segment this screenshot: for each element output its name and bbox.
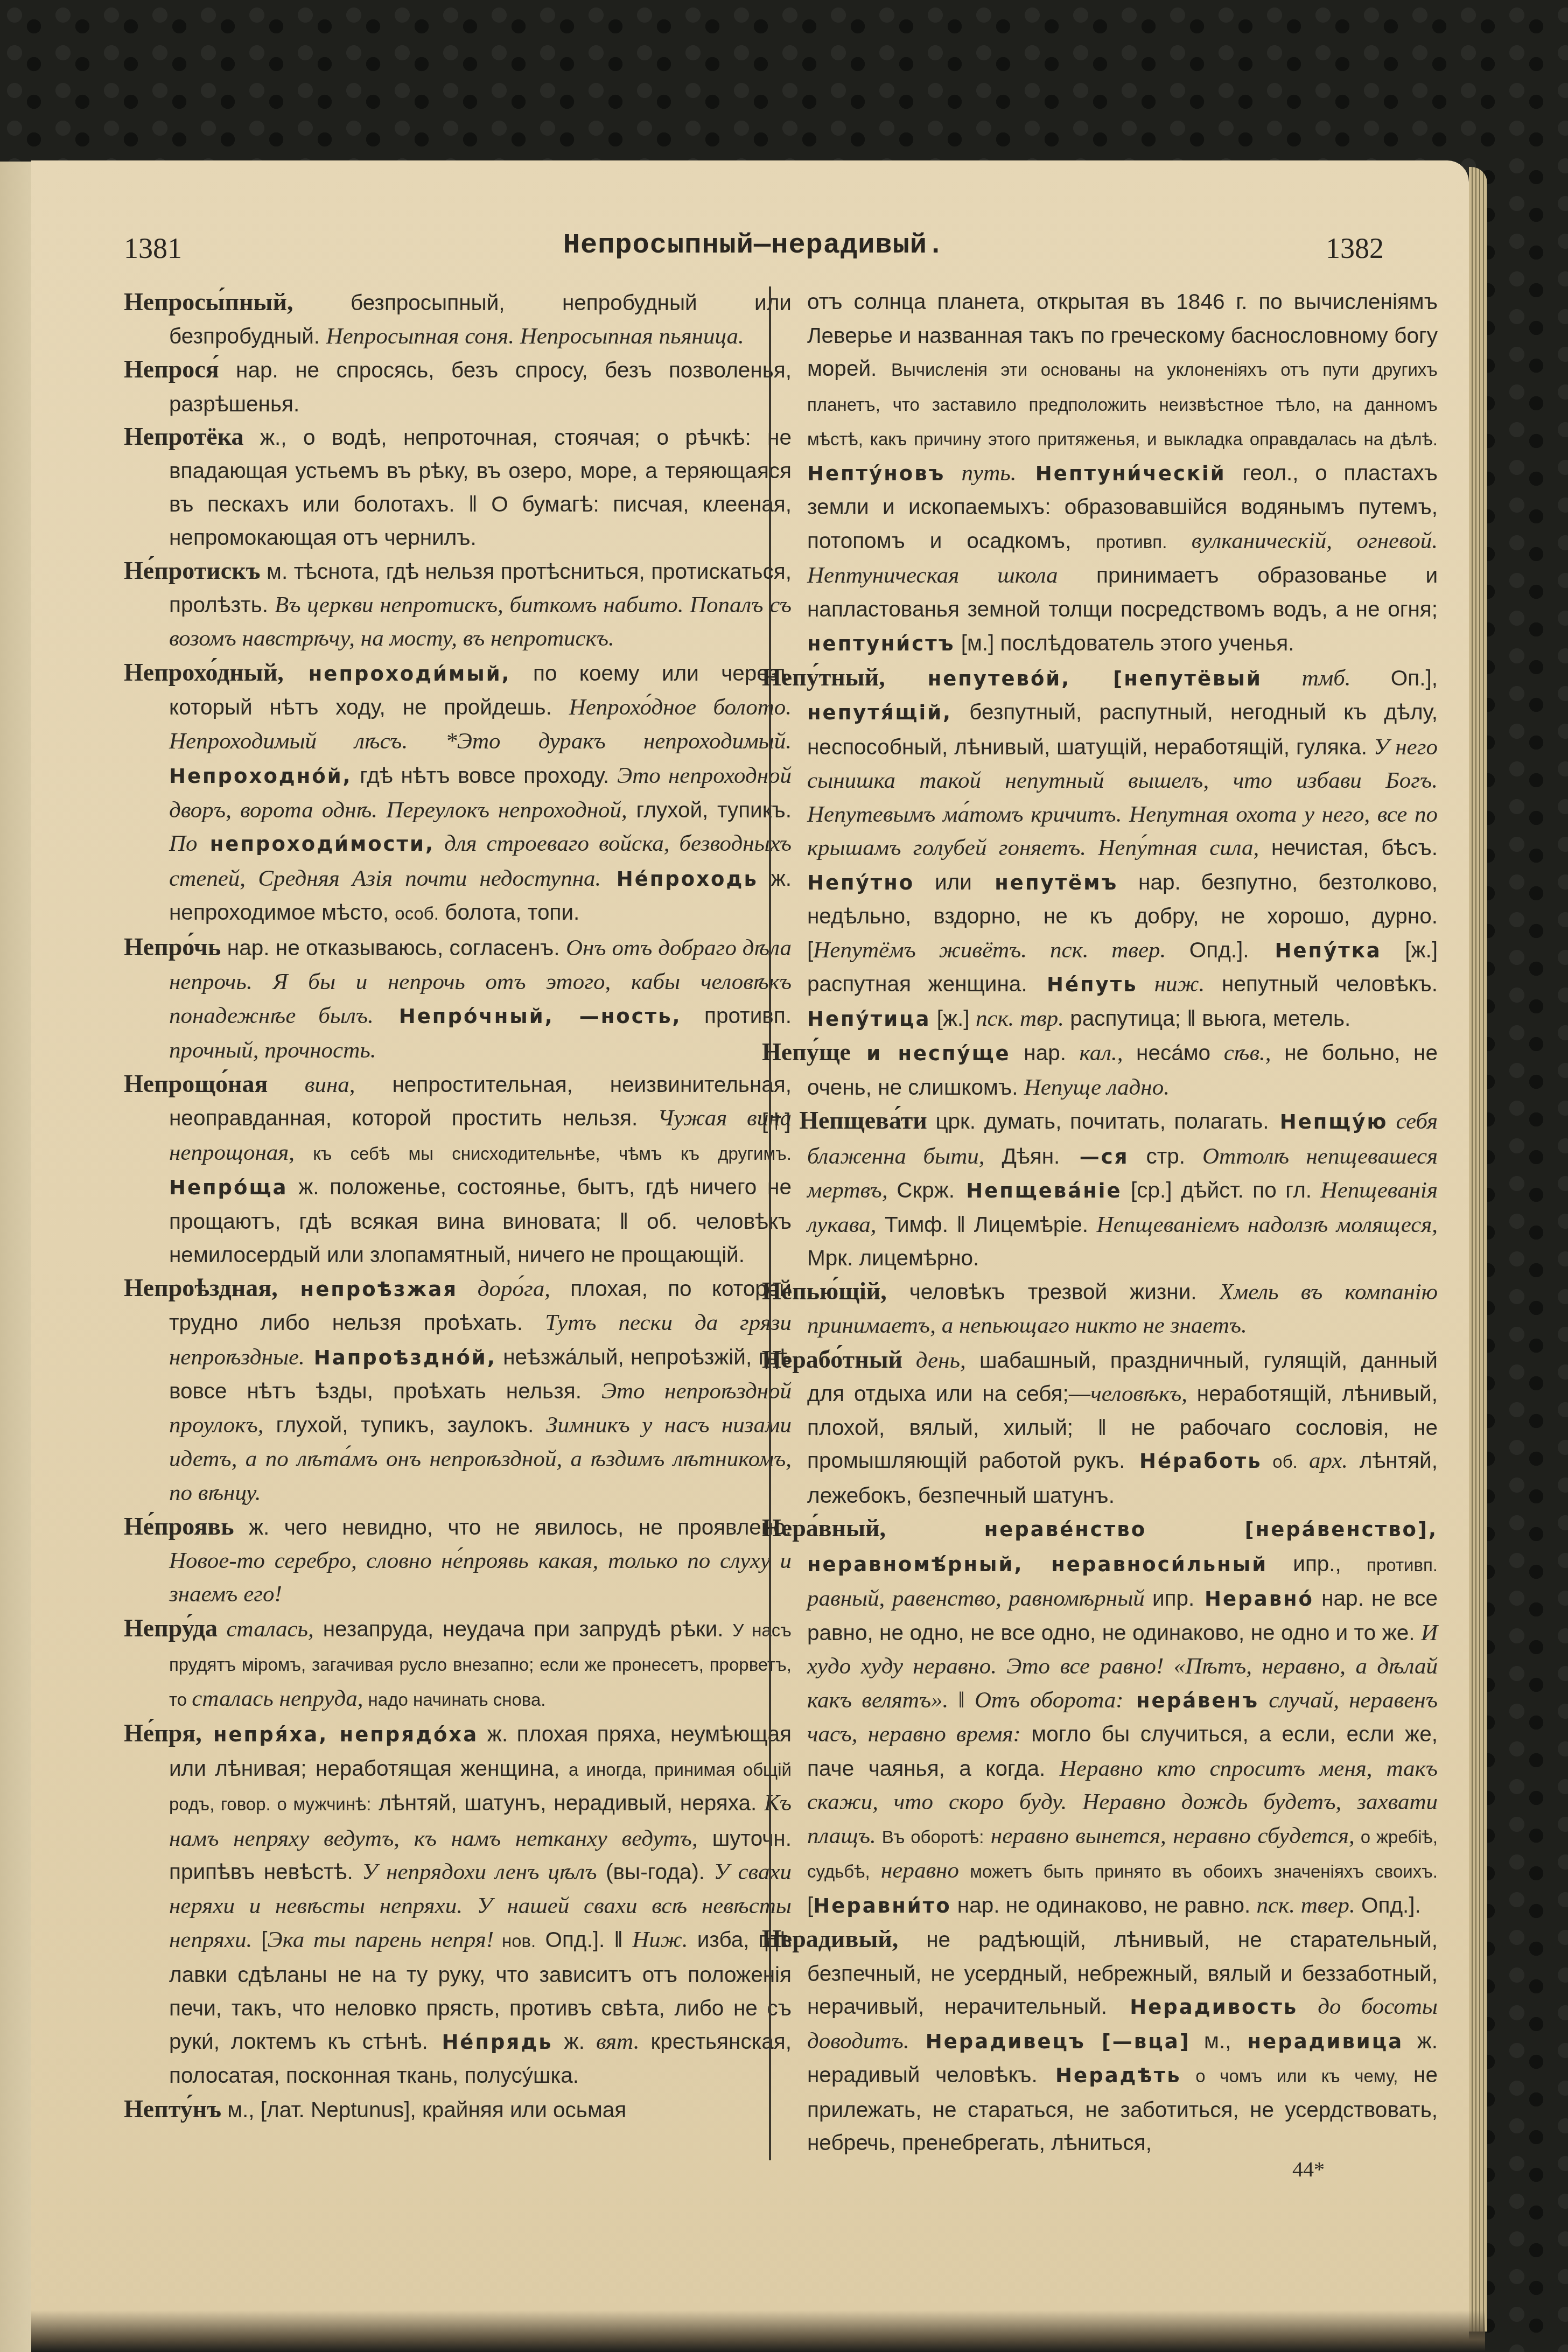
- definition-text: нар.: [1011, 1041, 1080, 1065]
- dictionary-entry-neptun: Непту́нъ м., [лат. Neptunus], крайняя ил…: [124, 2092, 792, 2126]
- dictionary-entry-nepyushchii: Непью́щій, человѣкъ трезвой жизни. Хмель…: [762, 1275, 1438, 1342]
- definition-text: [: [807, 1893, 813, 1917]
- definition-text: Непроходно́й,: [169, 765, 352, 788]
- dictionary-entry-nepushche: Непу́ще и неспу́ще нар. кал., неса́мо сѣ…: [762, 1036, 1438, 1104]
- previous-page-edge: [0, 162, 33, 2352]
- definition-text: противп.: [1367, 1555, 1438, 1574]
- definition-text: Непщу́ю: [1269, 1111, 1388, 1133]
- headword: Непу́тный,: [762, 663, 885, 690]
- example-text: человѣкъ,: [1090, 1381, 1187, 1406]
- example-text: Эка ты парень непря!: [268, 1927, 494, 1952]
- dictionary-entry-neproch: Непро́чь нар. не отказываюсь, согласенъ.…: [124, 930, 792, 1067]
- dictionary-entry-neprya: Не́пря, непря́ха, непрядо́ха ж. плохая п…: [124, 1717, 792, 2092]
- dictionary-entry-neravnyi: Нера́вный, нераве́нство [нера́венство], …: [762, 1512, 1438, 1923]
- definition-text: болота, топи.: [439, 900, 579, 925]
- example-text: прочный, прочность.: [169, 1038, 376, 1063]
- definition-text: ж., о водѣ, непроточная, стоячая; о рѣчк…: [169, 425, 792, 549]
- definition-text: Мрк. лицемѣрно.: [807, 1246, 979, 1270]
- example-text: сталась,: [218, 1616, 314, 1642]
- definition-text: [м.] послѣдователь этого ученья.: [955, 631, 1294, 655]
- headword: Нера́вный,: [762, 1515, 886, 1542]
- definition-text: Вычисленія эти основаны на уклоненіяхъ о…: [807, 360, 1438, 449]
- definition-text: непроѣзжая: [278, 1278, 458, 1301]
- definition-text: или: [914, 870, 972, 894]
- dictionary-entry-neptun_cont: отъ солнца планета, открытая въ 1846 г. …: [762, 285, 1438, 661]
- definition-text: надо начинать снова.: [363, 1690, 545, 1710]
- definition-text: Непу́тка: [1249, 939, 1382, 962]
- definition-text: Дѣян.: [985, 1144, 1060, 1168]
- example-text: Новое-то серебро, словно не́проявь какая…: [169, 1548, 792, 1607]
- definition-text: м., [лат. Neptunus], крайняя или осьмая: [221, 2097, 626, 2122]
- definition-text: непутя́щій,: [807, 702, 952, 724]
- definition-text: нера́венъ: [1124, 1689, 1259, 1712]
- example-text: сталась непруда,: [192, 1686, 363, 1711]
- definition-text: Неравни́то: [813, 1894, 951, 1917]
- example-text: ниж.: [1138, 971, 1205, 996]
- definition-text: гдѣ нѣтъ вовсе проходу.: [352, 763, 617, 788]
- definition-text: Нерадивецъ [—вца]: [909, 2030, 1191, 2053]
- example-text: Непросыпная соня. Непросыпная пьяница.: [326, 324, 744, 349]
- right-page-number: 1382: [1326, 232, 1384, 265]
- example-text: У непрядохи ленъ цѣлъ: [362, 1859, 597, 1885]
- definition-text: Непу́тица: [807, 1007, 931, 1030]
- definition-text: нар. не одинаково, не равно.: [951, 1893, 1257, 1917]
- headword: Непрохо́дный,: [124, 659, 284, 685]
- page-stack-edge: [1469, 167, 1487, 2332]
- definition-text: Не́проходь: [601, 867, 758, 891]
- example-text: кал.,: [1080, 1041, 1123, 1066]
- definition-text: Непро́чный, —ность,: [374, 1005, 682, 1028]
- definition-text: —ся: [1060, 1145, 1129, 1167]
- headword: Не́пря,: [124, 1719, 202, 1746]
- headword: Непро́чь: [124, 933, 221, 960]
- example-text: пск. твер.: [1257, 1893, 1355, 1917]
- definition-text: лѣнтяй, шатунъ, нерадивый, неряха.: [371, 1791, 764, 1816]
- example-text: доро́га,: [458, 1276, 550, 1301]
- headword: Непу́ще: [762, 1039, 851, 1066]
- definition-text: глухой, тупикъ, заулокъ.: [264, 1412, 547, 1437]
- example-text: По: [169, 831, 198, 857]
- right-column: отъ солнца планета, открытая въ 1846 г. …: [762, 285, 1438, 2160]
- definition-text: црк. думать, почитать, полагать.: [927, 1109, 1269, 1133]
- headword: Непросы́пный,: [124, 288, 293, 315]
- dictionary-entry-neradivyi: Нерадивый, не радѣющій, лѣнивый, не стар…: [762, 1923, 1438, 2160]
- example-text: Непщеваніемъ надолзѣ молящеся,: [1097, 1212, 1438, 1237]
- example-text: путь.: [945, 460, 1016, 485]
- definition-text: Непту́новъ: [807, 462, 945, 485]
- definition-text: особ.: [395, 904, 439, 923]
- definition-text: [ср.] дѣйст. по гл.: [1122, 1178, 1321, 1202]
- definition-text: (вы-года).: [597, 1859, 714, 1884]
- definition-text: Въ оборотѣ:: [876, 1827, 984, 1847]
- definition-text: нерадивица: [1231, 2030, 1403, 2053]
- definition-text: непря́ха, непрядо́ха: [202, 1723, 479, 1746]
- headword: Непщева́ти: [799, 1107, 927, 1134]
- definition-text: ж. чего невидно, что не явилось, не проя…: [234, 1515, 792, 1539]
- definition-text: нераве́нство [нера́венство],: [886, 1518, 1438, 1541]
- definition-text: Опд.]. ‖: [536, 1927, 632, 1952]
- headword: Непту́нъ: [124, 2095, 221, 2122]
- headword: Непру́да: [124, 1614, 218, 1641]
- example-text: Непуще ладно.: [1024, 1075, 1170, 1100]
- definition-text: Непщева́ніе: [955, 1179, 1122, 1202]
- dictionary-entry-nepshchevati: [†] Непщева́ти црк. думать, почитать, по…: [762, 1104, 1438, 1275]
- definition-text: Оп.],: [1351, 666, 1438, 690]
- definition-text: Нерадивость: [1107, 1996, 1298, 2018]
- definition-text: нар. не отказываюсь, согласенъ.: [221, 935, 566, 960]
- definition-text: ипр.: [1145, 1586, 1195, 1610]
- definition-text: непроходи́мый,: [284, 662, 511, 685]
- example-text: Непутёмъ живётъ. пск. твер.: [813, 937, 1166, 962]
- headword: Не́проявь: [124, 1513, 234, 1539]
- dictionary-entry-neprotisk: Не́протискъ м. тѣснота, гдѣ нельзя протѣ…: [124, 554, 792, 656]
- definition-text: Не́прядь: [428, 2031, 553, 2054]
- definition-text: Нептуни́ческій: [1017, 462, 1226, 485]
- dictionary-entry-neproteka: Непротёка ж., о водѣ, непроточная, стояч…: [124, 420, 792, 554]
- definition-text: об.: [1262, 1452, 1298, 1472]
- definition-text: неса́мо: [1123, 1041, 1223, 1065]
- dictionary-entry-nepruda: Непру́да сталась, незапруда, неудача при…: [124, 1612, 792, 1717]
- definition-text: нар. не спросясь, безъ спросу, безъ позв…: [169, 358, 792, 416]
- dictionary-entry-neproshchonaya: Непрощо́ная вина, непростительная, неизв…: [124, 1067, 792, 1271]
- definition-text: Не́путь: [1027, 973, 1138, 996]
- signature-mark: 44*: [1292, 2157, 1325, 2182]
- definition-text: и неспу́ще: [851, 1042, 1011, 1065]
- example-text: неравно вынется, неравно сбудется,: [984, 1823, 1354, 1848]
- dictionary-entry-neproyav: Не́проявь ж. чего невидно, что не явилос…: [124, 1510, 792, 1612]
- example-text: вина,: [268, 1072, 355, 1097]
- definition-text: непутный человѣкъ.: [1205, 971, 1438, 996]
- definition-text: Опд.].: [1355, 1893, 1421, 1917]
- example-text: пск. твр.: [976, 1006, 1064, 1031]
- definition-text: Тимф. ‖ Лицемѣріе.: [876, 1212, 1096, 1236]
- dictionary-entry-neprokhodnyi: Непрохо́дный, непроходи́мый, по коему ил…: [124, 656, 792, 931]
- definition-text: Нерадѣть: [1038, 2064, 1181, 2087]
- definition-text: ж.: [553, 2029, 596, 2054]
- dictionary-entry-neproezdnaya: Непроѣздная, непроѣзжая доро́га, плохая,…: [124, 1271, 792, 1510]
- definition-text: нептуни́стъ: [807, 633, 955, 655]
- definition-text: Скрж.: [888, 1178, 955, 1202]
- definition-text: неравномѣ́рный, неравноси́льный: [807, 1553, 1268, 1576]
- headword: Нерабо́тный: [762, 1346, 902, 1373]
- definition-text: Непро́ща: [169, 1176, 288, 1199]
- dictionary-entry-neputnyi: Непу́тный, непутево́й, [непутёвый тмб. О…: [762, 661, 1438, 1035]
- definition-text: м.,: [1191, 2028, 1231, 2053]
- definition-text: ипр.,: [1268, 1551, 1367, 1576]
- example-text: сѣв.,: [1224, 1041, 1271, 1066]
- definition-text: [†]: [762, 1109, 799, 1133]
- headword: Непротёка: [124, 423, 244, 450]
- example-text: арх.: [1298, 1448, 1348, 1473]
- definition-text: непутёмъ: [972, 871, 1118, 894]
- headword: Непью́щій,: [762, 1277, 887, 1304]
- left-column: Непросы́пный, безпросыпный, непробудный …: [124, 285, 792, 2126]
- dictionary-entry-nerabotnyi: Нерабо́тный день, шабашный, праздничный,…: [762, 1343, 1438, 1512]
- definition-text: [ж.]: [931, 1006, 976, 1030]
- running-title: Непросыпный—нерадивый.: [124, 229, 1384, 261]
- example-text: неравно: [881, 1858, 959, 1883]
- definition-text: Опд.].: [1166, 937, 1249, 962]
- example-text: Ниж.: [632, 1927, 688, 1952]
- dictionary-entry-neprosypnyi: Непросы́пный, безпросыпный, непробудный …: [124, 285, 792, 353]
- definition-text: распутица; ‖ вьюга, метель.: [1064, 1006, 1350, 1030]
- example-text: вят.: [596, 2029, 639, 2054]
- headword: Непрося́: [124, 356, 219, 383]
- example-text: равный, равенство, равномѣрный: [807, 1586, 1145, 1611]
- definition-text: Напроѣздно́й,: [305, 1346, 496, 1369]
- page-header: 1381 Непросыпный—нерадивый. 1382: [124, 232, 1384, 275]
- definition-text: Неравно́: [1194, 1587, 1314, 1610]
- headword: Непрощо́ная: [124, 1070, 268, 1097]
- definition-text: Не́работь: [1125, 1450, 1262, 1473]
- definition-text: [: [252, 1927, 267, 1952]
- definition-text: къ себѣ мы снисходительнѣе, чѣмъ къ друг…: [295, 1143, 792, 1163]
- definition-text: непутево́й, [непутёвый: [885, 667, 1262, 690]
- definition-text: нов.: [494, 1931, 536, 1951]
- definition-text: нечистая, бѣсъ.: [1259, 836, 1438, 860]
- dictionary-entry-neprosya: Непрося́ нар. не спросясь, безъ спросу, …: [124, 353, 792, 421]
- definition-text: стр.: [1129, 1144, 1203, 1168]
- example-text: тмб.: [1262, 666, 1351, 690]
- definition-text: можетъ быть принято въ обоихъ значеніяхъ…: [959, 1861, 1438, 1881]
- definition-text: незапруда, неудача при запрудѣ рѣки.: [314, 1616, 733, 1641]
- definition-text: Непу́тно: [807, 871, 914, 894]
- page-bottom-shadow: [31, 2310, 1485, 2352]
- example-text: день,: [902, 1348, 966, 1373]
- definition-text: о чомъ или къ чему,: [1181, 2066, 1398, 2086]
- headword: Не́протискъ: [124, 557, 261, 584]
- headword: Непроѣздная,: [124, 1274, 278, 1301]
- headword: Нерадивый,: [762, 1926, 898, 1952]
- definition-text: противп.: [1096, 531, 1167, 551]
- definition-text: непроходи́мости,: [198, 833, 435, 856]
- definition-text: человѣкъ трезвой жизни.: [887, 1279, 1220, 1304]
